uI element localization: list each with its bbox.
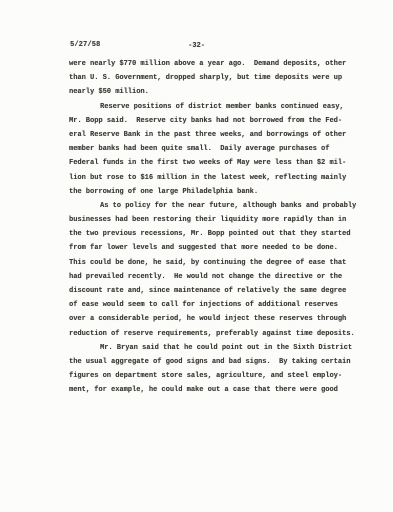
paragraph: As to policy for the near future, althou… — [69, 199, 369, 341]
text-line: ment, for example, he could make out a c… — [69, 383, 369, 397]
text-line: over a considerable period, he would inj… — [69, 312, 369, 326]
text-line: figures on department store sales, agric… — [69, 369, 369, 383]
text-line: of ease would seem to call for injection… — [69, 298, 369, 312]
text-line: from far lower levels and suggested that… — [69, 241, 369, 255]
text-line: Federal funds in the first two weeks of … — [69, 156, 369, 170]
text-line: Reserve positions of district member ban… — [69, 100, 369, 114]
text-line: member banks had been quite small. Daily… — [69, 142, 369, 156]
text-line: Mr. Bopp said. Reserve city banks had no… — [69, 114, 369, 128]
text-line: discount rate and, since maintenance of … — [69, 284, 369, 298]
text-line: As to policy for the near future, althou… — [69, 199, 369, 213]
text-line: lion but rose to $16 million in the late… — [69, 171, 369, 185]
paragraph: Mr. Bryan said that he could point out i… — [69, 341, 369, 398]
text-line: Mr. Bryan said that he could point out i… — [69, 341, 369, 355]
text-line: the borrowing of one large Philadelphia … — [69, 185, 369, 199]
text-line: reduction of reserve requirements, prefe… — [69, 327, 369, 341]
text-line: eral Reserve Bank in the past three week… — [69, 128, 369, 142]
text-line: than U. S. Government, dropped sharply, … — [69, 71, 369, 85]
text-line: had prevailed recently. He would not cha… — [69, 270, 369, 284]
paragraph: were nearly $770 million above a year ag… — [69, 57, 369, 100]
document-page: 5/27/58 -32- were nearly $770 million ab… — [0, 0, 393, 512]
text-line: This could be done, he said, by continui… — [69, 256, 369, 270]
document-body: were nearly $770 million above a year ag… — [69, 57, 369, 398]
paragraph: Reserve positions of district member ban… — [69, 100, 369, 199]
text-line: were nearly $770 million above a year ag… — [69, 57, 369, 71]
header-page-number: -32- — [0, 42, 393, 50]
text-line: the usual aggregate of good signs and ba… — [69, 355, 369, 369]
text-line: businesses had been restoring their liqu… — [69, 213, 369, 227]
text-line: the two previous recessions, Mr. Bopp po… — [69, 227, 369, 241]
text-line: nearly $50 million. — [69, 85, 369, 99]
